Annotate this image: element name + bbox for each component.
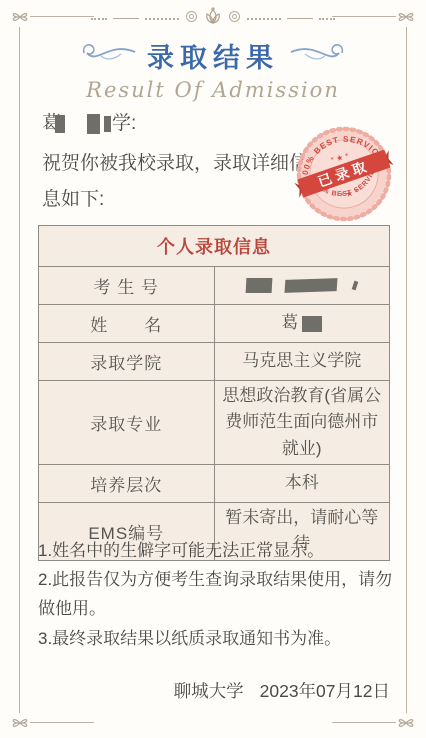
flourish-left-icon xyxy=(81,38,137,73)
ornament-dots xyxy=(91,18,107,20)
row-label: 姓 名 xyxy=(39,305,215,343)
table-row: 培养层次 本科 xyxy=(39,465,390,503)
corner-knot-icon xyxy=(395,712,417,734)
row-value: 葛 xyxy=(214,305,390,343)
greeting-name-suffix: 学: xyxy=(112,113,136,134)
value-redaction-block xyxy=(302,316,322,332)
row-label: 考 生 号 xyxy=(39,267,215,305)
table-title-row: 个人录取信息 xyxy=(39,226,390,267)
table-row: 录取学院 马克思主义学院 xyxy=(39,343,390,381)
frame-bottom-left-segment xyxy=(30,722,94,723)
name-redaction-block xyxy=(104,116,111,132)
page-title: 录取结果 xyxy=(147,36,279,75)
ornament-dots xyxy=(319,18,335,20)
ornament-dots xyxy=(145,18,179,20)
fleur-icon xyxy=(204,7,222,30)
name-value-text: 葛 xyxy=(281,313,298,332)
row-label: 录取学院 xyxy=(39,343,215,381)
row-value-redacted xyxy=(214,267,390,305)
admission-info-table: 个人录取信息 考 生 号 姓 名 葛 录取学院 马克思主义学院 录取专业 思想政… xyxy=(38,225,390,561)
frame-bottom-right-segment xyxy=(332,722,396,723)
top-ornament xyxy=(0,7,426,30)
spiral-icon xyxy=(228,10,241,28)
row-label: 培养层次 xyxy=(39,465,215,503)
ornament-dots xyxy=(247,18,281,20)
table-row: 录取专业 思想政治教育(省属公费师范生面向德州市就业) xyxy=(39,381,390,465)
value-redaction-block xyxy=(284,278,337,293)
flourish-right-icon xyxy=(289,38,345,73)
name-redaction-block xyxy=(87,114,100,134)
note-item: 2.此报告仅为方便考生查询录取结果使用，请勿做他用。 xyxy=(38,565,404,623)
ornament-line xyxy=(113,18,139,19)
ornament-line xyxy=(287,18,313,19)
greeting-name-line: 葛学: xyxy=(42,108,136,135)
greeting-message: 祝贺你被我校录取，录取详细信息如下: xyxy=(42,146,314,218)
footer: 聊城大学 2023年07月12日 xyxy=(174,678,390,703)
frame-left-line xyxy=(19,27,20,713)
row-label: 录取专业 xyxy=(39,381,215,465)
value-redaction-block xyxy=(246,278,273,293)
table-row: 姓 名 葛 xyxy=(39,305,390,343)
name-redaction-block xyxy=(55,115,65,133)
value-redaction-block xyxy=(352,281,359,291)
spiral-icon xyxy=(185,10,198,28)
row-value: 本科 xyxy=(214,465,390,503)
notes: 1.姓名中的生僻字可能无法正常显示。 2.此报告仅为方便考生查询录取结果使用，请… xyxy=(38,536,404,653)
frame-right-line xyxy=(406,27,407,713)
note-item: 3.最终录取结果以纸质录取通知书为准。 xyxy=(38,624,404,653)
note-item: 1.姓名中的生僻字可能无法正常显示。 xyxy=(38,536,404,565)
header: 录取结果 Result Of Admission xyxy=(0,36,426,102)
table-title: 个人录取信息 xyxy=(157,237,271,257)
issue-date: 2023年07月12日 xyxy=(260,678,390,703)
row-value: 思想政治教育(省属公费师范生面向德州市就业) xyxy=(214,381,390,465)
corner-knot-icon xyxy=(9,712,31,734)
row-value: 马克思主义学院 xyxy=(214,343,390,381)
table-row: 考 生 号 xyxy=(39,267,390,305)
page-subtitle: Result Of Admission xyxy=(0,78,426,102)
university-name: 聊城大学 xyxy=(174,678,244,703)
